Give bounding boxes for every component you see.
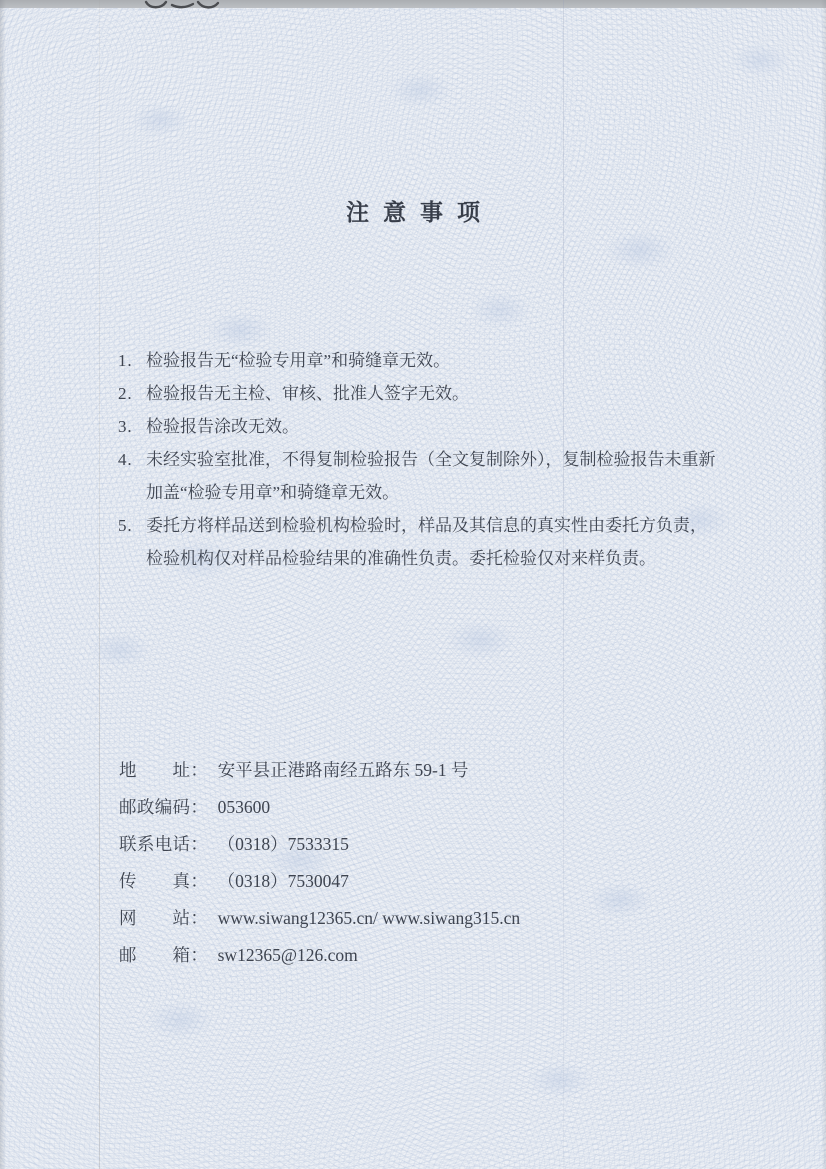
note-item-2: 2. 检验报告无主检、审核、批准人签字无效。 [118, 377, 778, 410]
contact-label: 传 真： [119, 871, 208, 891]
scanned-report-notice-page: 注 意 事 项 1. 检验报告无“检验专用章”和骑缝章无效。 2. 检验报告无主… [0, 0, 826, 1169]
note-text: 未经实验室批准，不得复制检验报告（全文复制除外），复制检验报告未重新 [146, 450, 716, 469]
contact-value-phone: （0318）7533315 [218, 834, 349, 854]
scan-edge-right [821, 0, 826, 1169]
note-text: 加盖“检验专用章”和骑缝章无效。 [146, 483, 399, 502]
note-number: 5. [118, 509, 142, 542]
contact-value-website: www.siwang12365.cn/ www.siwang315.cn [218, 908, 520, 928]
paper-crease-center [563, 0, 564, 1169]
contact-info-block: 地 址： 安平县正港路南经五路东 59-1 号 邮政编码： 053600 联系电… [119, 752, 739, 974]
note-number: 4. [118, 443, 142, 476]
note-text: 检验报告涂改无效。 [146, 417, 299, 436]
notes-list: 1. 检验报告无“检验专用章”和骑缝章无效。 2. 检验报告无主检、审核、批准人… [118, 344, 778, 575]
note-item-4-continued: 加盖“检验专用章”和骑缝章无效。 [118, 476, 778, 509]
contact-row-address: 地 址： 安平县正港路南经五路东 59-1 号 [119, 752, 739, 789]
contact-row-website: 网 站： www.siwang12365.cn/ www.siwang315.c… [119, 900, 739, 937]
contact-row-phone: 联系电话： （0318）7533315 [119, 826, 739, 863]
contact-value-address: 安平县正港路南经五路东 59-1 号 [218, 760, 469, 780]
binding-marks-icon [140, 0, 222, 12]
scan-edge-top [0, 0, 826, 8]
contact-value-email: sw12365@126.com [218, 945, 358, 965]
note-number: 1. [118, 344, 142, 377]
note-text: 检验报告无主检、审核、批准人签字无效。 [146, 384, 469, 403]
note-number: 2. [118, 377, 142, 410]
note-item-4: 4. 未经实验室批准，不得复制检验报告（全文复制除外），复制检验报告未重新 [118, 443, 778, 476]
note-text: 委托方将样品送到检验机构检验时，样品及其信息的真实性由委托方负责， [146, 516, 707, 535]
note-item-1: 1. 检验报告无“检验专用章”和骑缝章无效。 [118, 344, 778, 377]
note-item-3: 3. 检验报告涂改无效。 [118, 410, 778, 443]
contact-value-postal-code: 053600 [218, 797, 271, 817]
note-number: 3. [118, 410, 142, 443]
contact-label: 联系电话： [119, 834, 208, 854]
note-text: 检验机构仅对样品检验结果的准确性负责。委托检验仅对来样负责。 [146, 549, 656, 568]
contact-label: 邮 箱： [119, 945, 208, 965]
contact-label: 网 站： [119, 908, 208, 928]
note-item-5-continued: 检验机构仅对样品检验结果的准确性负责。委托检验仅对来样负责。 [118, 542, 778, 575]
contact-row-email: 邮 箱： sw12365@126.com [119, 937, 739, 974]
note-text: 检验报告无“检验专用章”和骑缝章无效。 [146, 351, 450, 370]
contact-label: 地 址： [119, 760, 208, 780]
contact-label: 邮政编码： [119, 797, 208, 817]
note-item-5: 5. 委托方将样品送到检验机构检验时，样品及其信息的真实性由委托方负责， [118, 509, 778, 542]
paper-crease-left [99, 0, 100, 1169]
scan-edge-left [0, 0, 6, 1169]
contact-row-fax: 传 真： （0318）7530047 [119, 863, 739, 900]
contact-value-fax: （0318）7530047 [218, 871, 349, 891]
page-title: 注 意 事 项 [0, 194, 826, 227]
contact-row-postal-code: 邮政编码： 053600 [119, 789, 739, 826]
